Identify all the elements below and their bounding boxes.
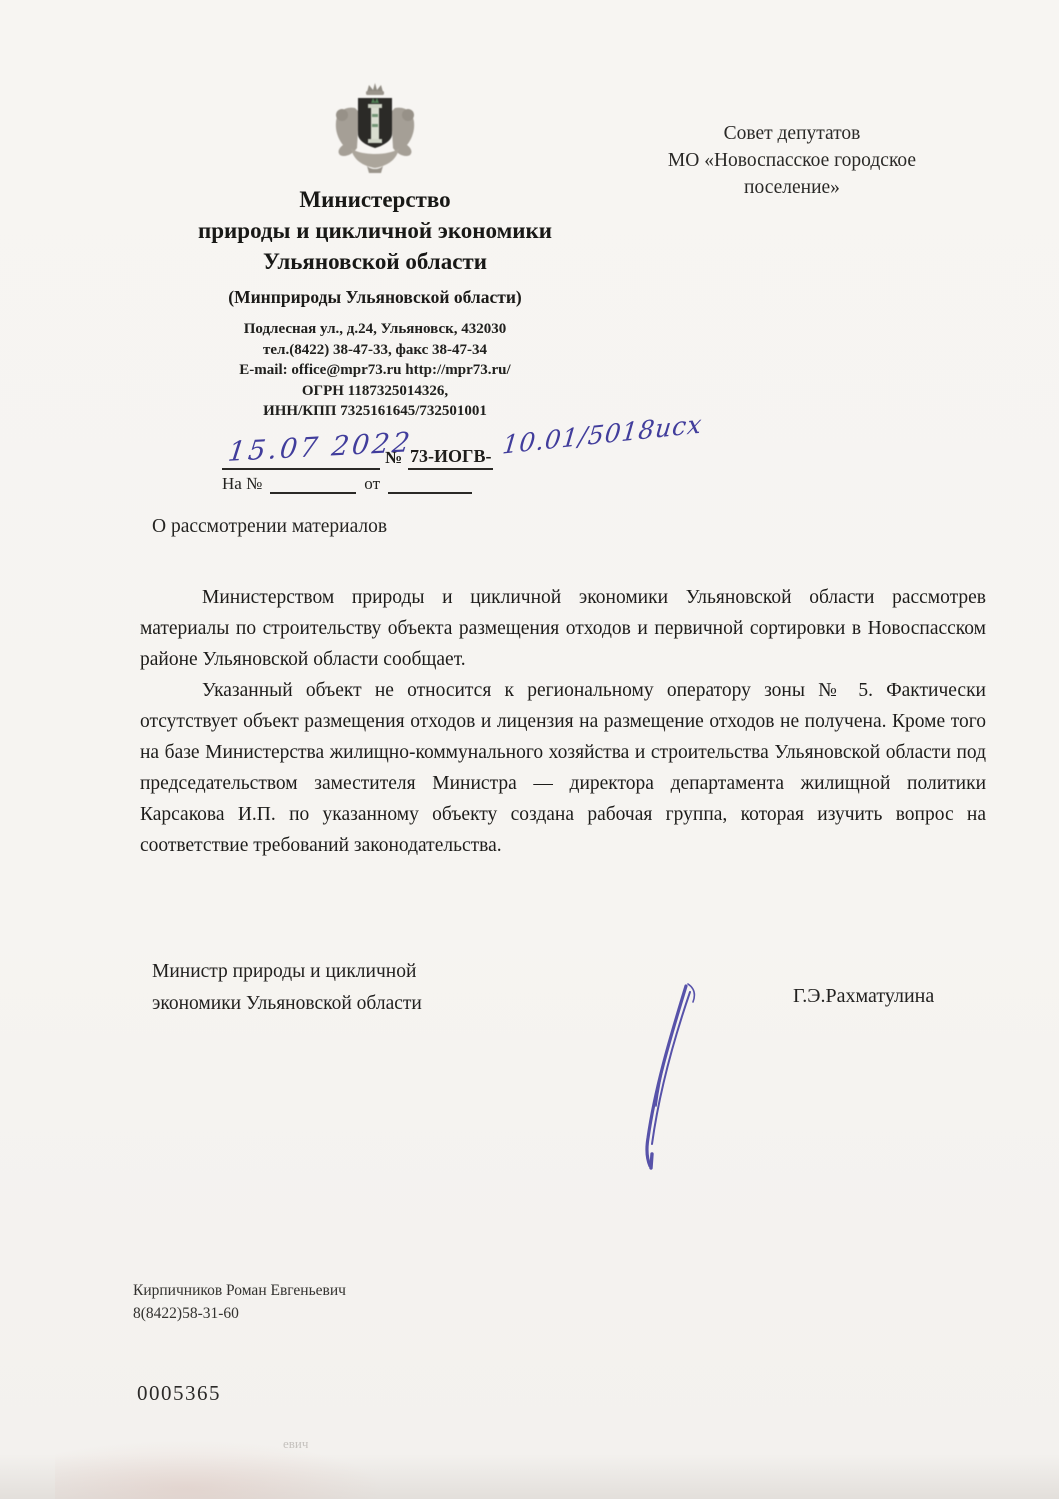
recipient-block: Совет депутатов МО «Новоспасское городск… <box>612 120 972 201</box>
ministry-name: Министерство природы и цикличной экономи… <box>140 184 610 277</box>
reply-reference-line: На №от <box>222 474 472 494</box>
signatory-title-line1: Министр природы и цикличной <box>152 956 422 988</box>
ministry-short-name: (Минприроды Ульяновской области) <box>140 287 610 308</box>
reply-number-blank <box>270 476 356 494</box>
ministry-name-line3: Ульяновской области <box>140 246 610 277</box>
recipient-line3: поселение» <box>612 174 972 201</box>
ministry-name-line1: Министерство <box>140 184 610 215</box>
reference-block: 15.07 2022 № 73-ИОГВ- 10.01/5018исх На №… <box>222 428 742 498</box>
executor-name: Кирпичников Роман Евгеньевич <box>133 1279 346 1302</box>
ministry-name-line2: природы и цикличной экономики <box>140 215 610 246</box>
subject-line: О рассмотрении материалов <box>152 516 387 538</box>
address-inn-line: ИНН/КПП 7325161645/732501001 <box>140 401 610 422</box>
letter-body: Министерством природы и цикличной эконом… <box>140 582 986 861</box>
recipient-line2: МО «Новоспасское городское <box>612 147 972 174</box>
recipient-line1: Совет депутатов <box>612 120 972 147</box>
number-sign-label: № <box>385 448 402 468</box>
letterhead: Министерство природы и цикличной экономи… <box>140 82 610 422</box>
reply-from-label: от <box>364 474 380 493</box>
body-paragraph-2: Указанный объект не относится к регионал… <box>140 675 986 861</box>
address-phone-line: тел.(8422) 38-47-33, факс 38-47-34 <box>140 340 610 361</box>
date-underline <box>222 468 380 470</box>
reply-prefix-label: На № <box>222 474 262 493</box>
scanned-letter-page: { "letterhead": { "emblem_name": "ulyano… <box>0 0 1059 1499</box>
coat-of-arms-icon <box>327 82 423 174</box>
ministry-address-block: Подлесная ул., д.24, Ульяновск, 432030 т… <box>140 319 610 422</box>
signatory-title: Министр природы и цикличной экономики Ул… <box>152 956 422 1020</box>
address-email-line: E-mail: office@mpr73.ru http://mpr73.ru/ <box>140 360 610 381</box>
executor-phone: 8(8422)58-31-60 <box>133 1302 346 1325</box>
registration-stamp-number: 0005365 <box>137 1381 221 1406</box>
executor-contact: Кирпичников Роман Евгеньевич 8(8422)58-3… <box>133 1279 346 1325</box>
address-line: Подлесная ул., д.24, Ульяновск, 432030 <box>140 319 610 340</box>
scan-artifact-smudge <box>55 1440 385 1499</box>
body-paragraph-1: Министерством природы и цикличной эконом… <box>140 582 986 675</box>
address-ogrn-line: ОГРН 1187325014326, <box>140 381 610 402</box>
signatory-title-line2: экономики Ульяновской области <box>152 988 422 1020</box>
outgoing-number-printed: 73-ИОГВ- <box>408 446 493 470</box>
signatory-name: Г.Э.Рахматулина <box>793 985 934 1008</box>
handwritten-signature <box>622 978 717 1178</box>
reply-date-blank <box>388 476 472 494</box>
